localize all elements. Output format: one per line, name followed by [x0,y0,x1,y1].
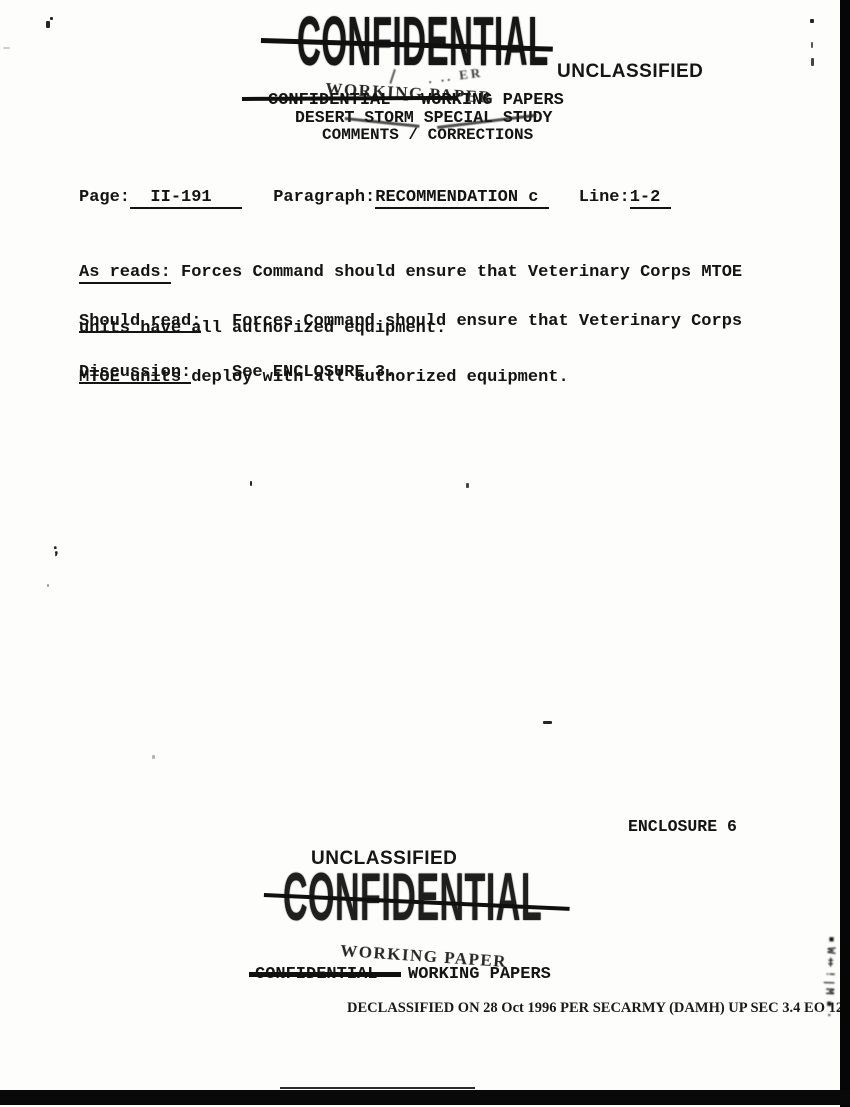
discussion-text: See ENCLOSURE 3. [191,363,395,382]
page-label: Page: [79,188,130,207]
discussion-line1: Discussion: See ENCLOSURE 3. [79,364,395,383]
enclosure-number-label: ENCLOSURE 6 [628,818,737,837]
line-label: Line: [579,188,630,207]
scan-speck [811,58,814,66]
declassification-note: DECLASSIFIED ON 28 Oct 1996 PER SECARMY … [347,1000,850,1017]
scan-speck [50,17,53,20]
classification-strikethrough-bottom [249,972,401,977]
discussion-label: Discussion: [79,363,191,384]
scan-edge-bar-right [840,0,850,1107]
scan-speck [810,19,814,23]
line-value: 1-2 [630,188,671,209]
scan-speck [3,47,10,49]
scan-speck [543,721,552,724]
scan-speck [466,483,469,488]
discussion-paragraph: Discussion: See ENCLOSURE 3. [79,327,395,420]
scan-noise-line [280,1087,475,1089]
comments-corrections-title: COMMENTS / CORRECTIONS [322,126,533,145]
scan-speck [46,21,50,28]
scan-edge-bar-bottom [0,1090,850,1105]
scan-speck [47,584,49,587]
scan-speck [152,755,155,759]
reference-fields-line: Page: II-191 Paragraph:RECOMMENDATION c … [79,189,671,208]
page-value: II-191 [130,188,242,209]
classification-rest-text-bottom: - WORKING PAPERS [377,965,550,984]
edge-smudge-annotation: ▪W‡!|M▪· [812,932,838,1059]
paragraph-value: RECOMMENDATION c [375,188,548,209]
handwritten-margin-mark: ; [52,543,60,558]
scan-speck [811,42,813,48]
document-scan-page: CONFIDENTIAL UNCLASSIFIED . .. ER WORKIN… [0,0,850,1107]
scan-speck [250,481,252,486]
unclassified-label-top: UNCLASSIFIED [557,62,703,81]
paragraph-label: Paragraph: [273,188,375,207]
